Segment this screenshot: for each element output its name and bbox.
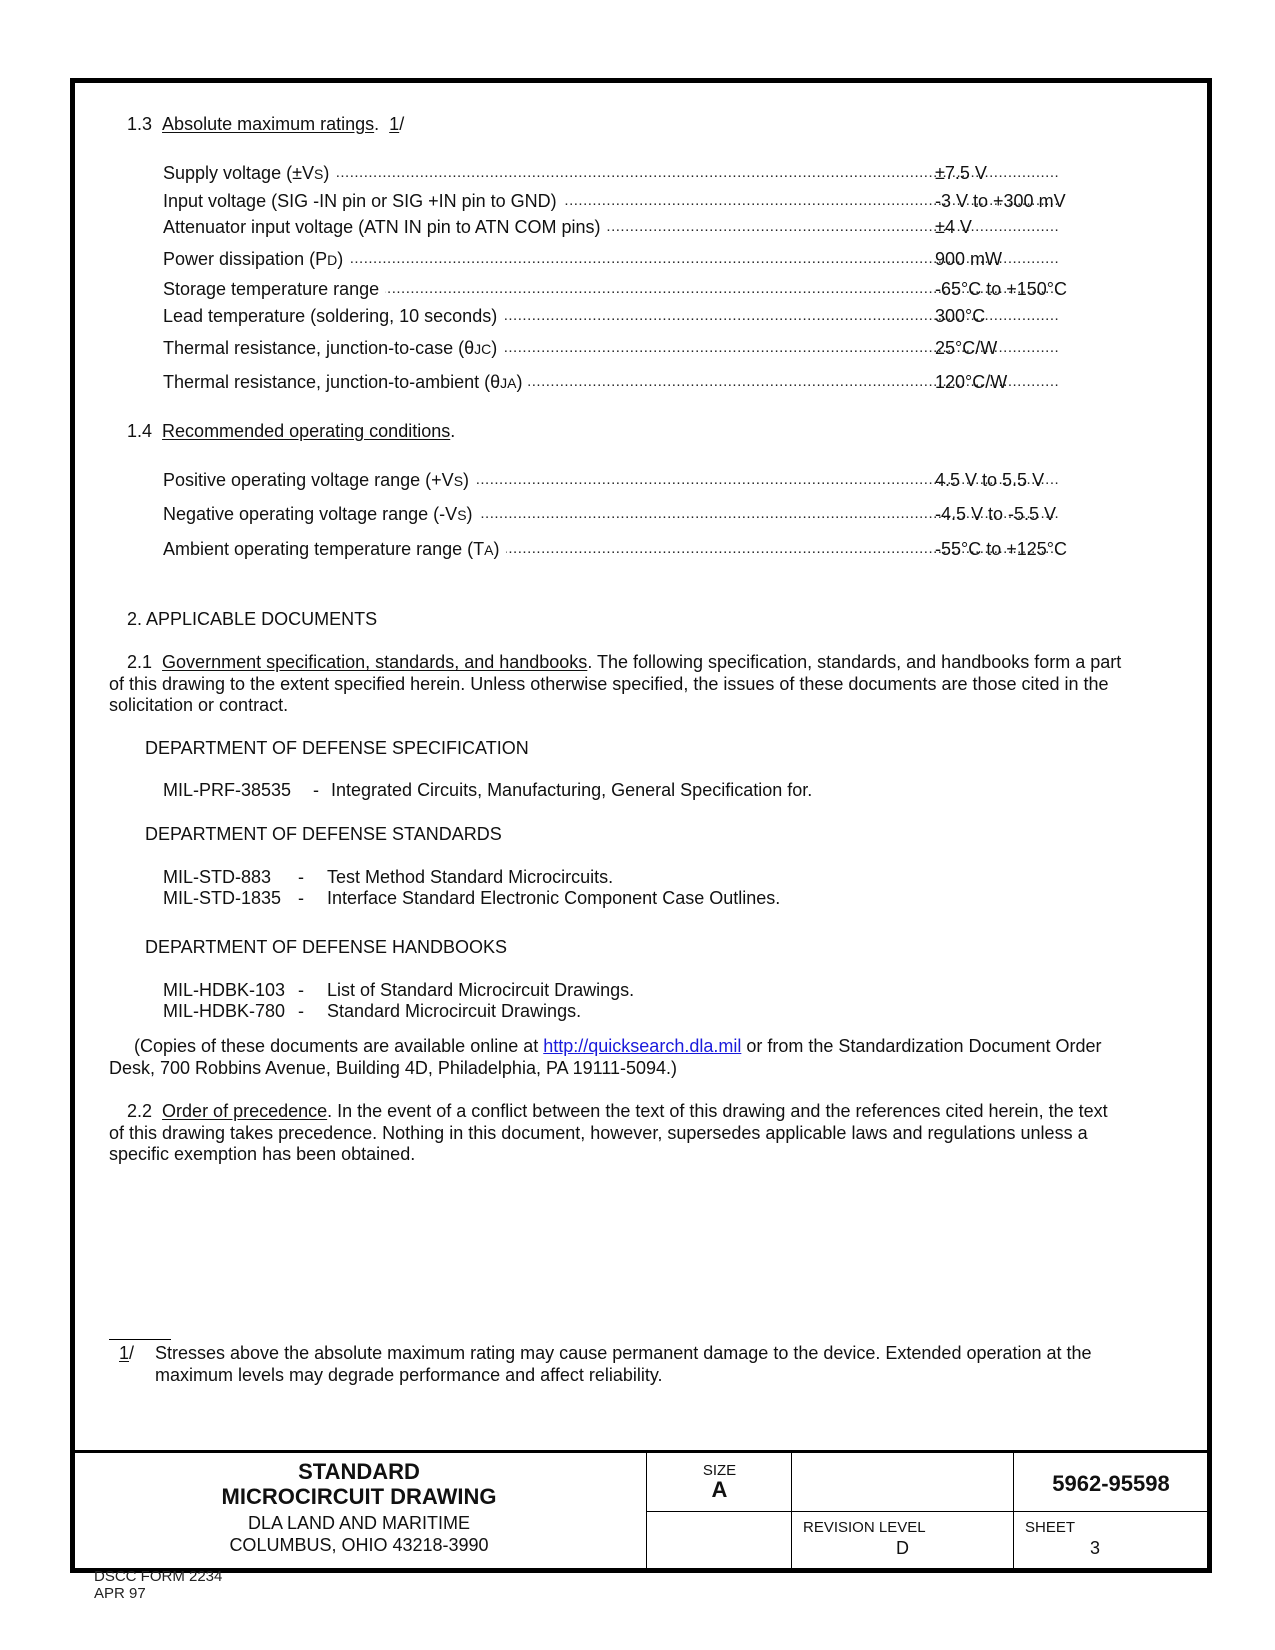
paragraph-text: (Copies of these documents are available… [134,1036,543,1056]
document-id: MIL-HDBK-780 [163,1001,298,1023]
document-entry: MIL-STD-1835-Interface Standard Electron… [163,888,780,910]
section-2-2-paragraph: 2.2 Order of precedence. In the event of… [109,1101,1179,1166]
copies-paragraph: (Copies of these documents are available… [109,1036,1179,1079]
title-suffix: . [450,421,455,441]
rating-label: Supply voltage (±VS) [163,162,335,185]
rating-row: ........................................… [163,538,1193,560]
rating-label: Thermal resistance, junction-to-ambient … [163,371,528,394]
footnote-number: 1 [119,1343,129,1363]
label-subscript: A [484,542,493,558]
section-number: 1.3 [127,114,152,134]
separator: - [313,780,331,802]
quicksearch-link[interactable]: http://quicksearch.dla.mil [543,1036,741,1056]
revision-label: REVISION LEVEL [803,1517,926,1538]
paragraph-text: of this drawing takes precedence. Nothin… [109,1123,1179,1145]
label-subscript: S [457,507,466,523]
revision-value: D [792,1538,1013,1559]
rating-row: ........................................… [163,162,1193,184]
organization: DLA LAND AND MARITIME [70,1512,648,1534]
section-title: Order of precedence [162,1101,327,1121]
section-2-heading: 2. APPLICABLE DOCUMENTS [127,609,377,630]
section-number: 1.4 [127,421,152,441]
footnote-line: Stresses above the absolute maximum rati… [155,1343,1092,1365]
section-number: 2.2 [127,1101,152,1121]
rating-value: -55°C to +125°C [935,538,1067,560]
rating-value: -65°C to +150°C [935,278,1067,300]
label-text: Thermal resistance, junction-to-case (θ [163,338,474,358]
document-title: Standard Microcircuit Drawings. [327,1001,581,1021]
paragraph-text: or from the Standardization Document Ord… [741,1036,1101,1056]
label-text: Negative operating voltage range (-V [163,504,457,524]
paragraph-text: . The following specification, standards… [587,652,1121,672]
section-title: Absolute maximum ratings [162,114,374,134]
rating-label: Lead temperature (soldering, 10 seconds) [163,305,503,328]
label-text: Input voltage (SIG -IN pin or SIG +IN pi… [163,191,557,211]
paragraph-text: solicitation or contract. [109,695,1179,717]
document-entry: MIL-HDBK-103-List of Standard Microcircu… [163,980,634,1002]
document-id: MIL-STD-1835 [163,888,298,910]
document-title: Test Method Standard Microcircuits. [327,867,613,887]
rating-value: -4.5 V to -5.5 V [935,503,1056,525]
label-text: Ambient operating temperature range (T [163,539,484,559]
doc-group-heading: DEPARTMENT OF DEFENSE HANDBOOKS [145,937,507,958]
size-value: A [648,1477,791,1503]
rating-row: ........................................… [163,190,1193,212]
document-title: Interface Standard Electronic Component … [327,888,780,908]
title-line-2: MICROCIRCUIT DRAWING [70,1484,648,1509]
rating-label: Power dissipation (PD) [163,248,349,271]
document-title: Integrated Circuits, Manufacturing, Gene… [331,780,812,800]
label-text: Supply voltage (±V [163,163,314,183]
section-2-1-paragraph: 2.1 Government specification, standards,… [109,652,1179,717]
address: COLUMBUS, OHIO 43218-3990 [70,1534,648,1556]
title-suffix: . [374,114,379,134]
document-entry: MIL-PRF-38535-Integrated Circuits, Manuf… [163,780,812,802]
form-number: DSCC FORM 2234 [94,1568,222,1585]
label-subscript: D [327,252,337,268]
section-title: Recommended operating conditions [162,421,450,441]
separator: - [298,1001,327,1023]
footnote-rule [109,1339,171,1340]
rating-label: Storage temperature range [163,278,385,301]
rating-row: ........................................… [163,337,1193,359]
rating-row: ........................................… [163,216,1193,238]
label-text: Power dissipation (P [163,249,327,269]
label-text: ) [494,539,500,559]
form-note: DSCC FORM 2234 APR 97 [94,1568,222,1602]
title-line-1: STANDARD [70,1459,648,1484]
label-text: Storage temperature range [163,279,379,299]
rating-row: ........................................… [163,278,1193,300]
rating-row: ........................................… [163,371,1193,393]
footnote-ref[interactable]: 1 [389,114,399,134]
document-id: MIL-PRF-38535 [163,780,313,802]
rating-label: Attenuator input voltage (ATN IN pin to … [163,216,607,239]
rating-value: 25°C/W [935,337,997,359]
label-subscript: JA [500,375,516,391]
drawing-number: 5962-95598 [1015,1471,1207,1497]
label-text: Positive operating voltage range (+V [163,470,454,490]
divider [647,1511,1207,1512]
rating-value: ±7.5 V [935,162,987,184]
paragraph-text: Desk, 700 Robbins Avenue, Building 4D, P… [109,1058,1179,1080]
rating-label: Thermal resistance, junction-to-case (θJ… [163,337,503,360]
doc-group-heading: DEPARTMENT OF DEFENSE SPECIFICATION [145,738,529,759]
sheet-value: 3 [1090,1538,1100,1559]
sheet-label: SHEET [1025,1517,1075,1538]
label-text: Attenuator input voltage (ATN IN pin to … [163,217,601,237]
section-title: Government specification, standards, and… [162,652,587,672]
footnote-marker: 1/ [119,1343,134,1364]
document-title: List of Standard Microcircuit Drawings. [327,980,634,1000]
separator: - [298,980,327,1002]
rating-row: ........................................… [163,469,1193,491]
label-text: ) [463,470,469,490]
label-subscript: JC [474,341,491,357]
separator: - [298,867,327,889]
section-number: 2.1 [127,652,152,672]
label-text: ) [337,249,343,269]
rating-label: Ambient operating temperature range (TA) [163,538,506,561]
document-id: MIL-HDBK-103 [163,980,298,1002]
document-entry: MIL-HDBK-780-Standard Microcircuit Drawi… [163,1001,581,1023]
footnote-line: maximum levels may degrade performance a… [155,1365,1092,1387]
label-subscript: S [314,166,323,182]
label-text: ) [516,372,522,392]
section-1-3-heading: 1.3 Absolute maximum ratings. 1/ [127,114,404,135]
rating-row: ........................................… [163,248,1193,270]
label-text: Thermal resistance, junction-to-ambient … [163,372,500,392]
rating-label: Negative operating voltage range (-VS) [163,503,479,526]
rating-label: Positive operating voltage range (+VS) [163,469,475,492]
footnote-text: Stresses above the absolute maximum rati… [155,1343,1092,1386]
label-subscript: S [454,473,463,489]
separator: - [298,888,327,910]
paragraph-text: of this drawing to the extent specified … [109,674,1179,696]
title-block: STANDARD MICROCIRCUIT DRAWING DLA LAND A… [70,1450,1212,1571]
rating-value: 120°C/W [935,371,1007,393]
rating-value: -3 V to +300 mV [935,190,1066,212]
rating-value: ±4 V [935,216,972,238]
document-entry: MIL-STD-883-Test Method Standard Microci… [163,867,613,889]
label-text: ) [323,163,329,183]
section-1-4-heading: 1.4 Recommended operating conditions. [127,421,455,442]
doc-group-heading: DEPARTMENT OF DEFENSE STANDARDS [145,824,502,845]
rating-label: Input voltage (SIG -IN pin or SIG +IN pi… [163,190,563,213]
rating-value: 900 mW [935,248,1002,270]
rating-row: ........................................… [163,503,1193,525]
paragraph-text: . In the event of a conflict between the… [327,1101,1107,1121]
rating-value: 4.5 V to 5.5 V [935,469,1044,491]
rating-row: ........................................… [163,305,1193,327]
paragraph-text: specific exemption has been obtained. [109,1144,1179,1166]
footnote-suffix: / [129,1343,134,1363]
label-text: Lead temperature (soldering, 10 seconds) [163,306,497,326]
label-text: ) [491,338,497,358]
rating-value: 300°C [935,305,985,327]
form-date: APR 97 [94,1585,222,1602]
document-id: MIL-STD-883 [163,867,298,889]
footnote-ref-suffix: / [399,114,404,134]
label-text: ) [467,504,473,524]
